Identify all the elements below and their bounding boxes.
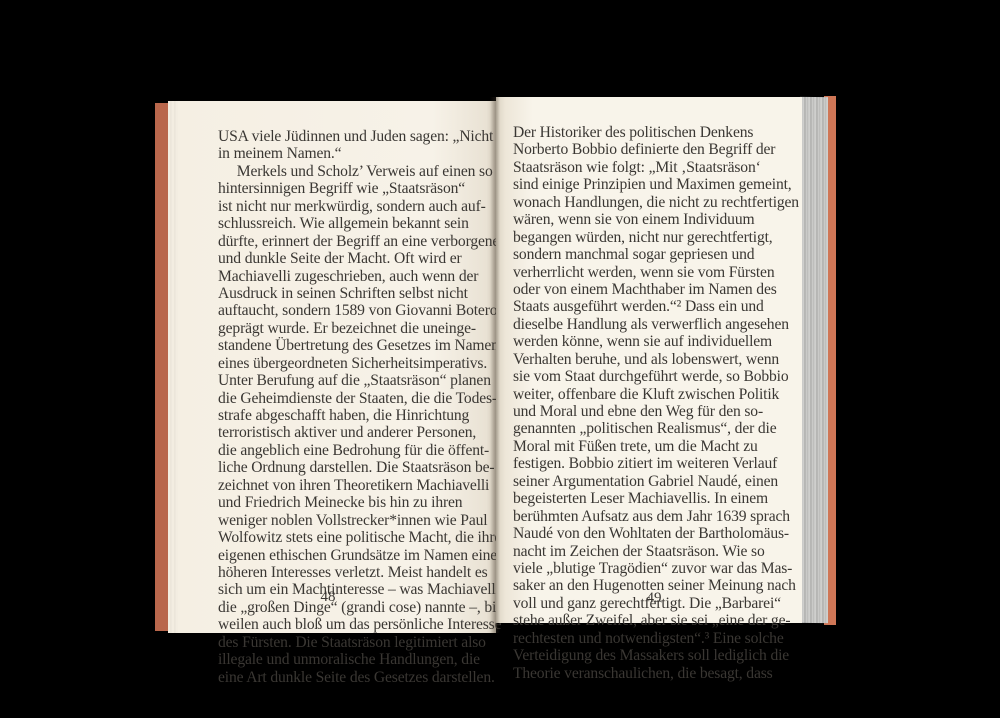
text-line: wonach Handlungen, die nicht zu rechtfer…: [513, 194, 799, 211]
text-line: rechtesten und notwendigsten“.³ Eine sol…: [513, 630, 799, 647]
text-line: weniger noblen Vollstrecker*innen wie Pa…: [218, 512, 507, 529]
text-line: begeisterten Leser Machiavellis. In eine…: [513, 490, 799, 507]
text-line: Staats ausgeführt werden.“² Dass ein und: [513, 298, 799, 315]
text-line: Verhalten beruhe, und als lobenswert, we…: [513, 351, 799, 368]
text-line: werden könne, wenn sie auf individuellem: [513, 333, 799, 350]
left-page-body-text: USA viele Jüdinnen und Juden sagen: „Nic…: [218, 128, 507, 686]
text-line: Unter Berufung auf die „Staatsräson“ pla…: [218, 372, 507, 389]
left-page-number: 48: [308, 589, 348, 606]
text-line: begangen würden, nicht nur gerechtfertig…: [513, 229, 799, 246]
text-line: eines übergeordneten Sicherheitsimperati…: [218, 355, 507, 372]
text-line: strafe abgeschafft haben, die Hinrichtun…: [218, 407, 507, 424]
text-line: zeichnet von ihren Theoretikern Machiave…: [218, 477, 507, 494]
text-line: dieselbe Handlung als verwerflich angese…: [513, 316, 799, 333]
text-line: Ausdruck in seinen Schriften selbst nich…: [218, 285, 507, 302]
text-line: standene Übertretung des Gesetzes im Nam…: [218, 337, 507, 354]
text-line: weiter, offenbare die Kluft zwischen Pol…: [513, 386, 799, 403]
text-line: hintersinnigen Begriff wie „Staatsräson“: [218, 180, 507, 197]
text-line: höheren Interesses verletzt. Meist hande…: [218, 564, 507, 581]
text-line: festigen. Bobbio zitiert im weiteren Ver…: [513, 455, 799, 472]
text-line: in meinem Namen.“: [218, 145, 507, 162]
text-line: weilen auch bloß um das persönliche Inte…: [218, 616, 507, 633]
text-line: viele „blutige Tragödien“ zuvor war das …: [513, 560, 799, 577]
text-line: Theorie veranschaulichen, die besagt, da…: [513, 665, 799, 682]
text-line: genannten „politischen Realismus“, der d…: [513, 420, 799, 437]
text-line: die angeblich eine Bedrohung für die öff…: [218, 442, 507, 459]
text-line: Machiavelli zugeschrieben, auch wenn der: [218, 268, 507, 285]
text-line: Merkels und Scholz’ Verweis auf einen so: [218, 163, 507, 180]
text-line: und dunkle Seite der Macht. Oft wird er: [218, 250, 507, 267]
page-edges-right: [800, 97, 828, 623]
text-line: Der Historiker des politischen Denkens: [513, 124, 799, 141]
text-line: Norberto Bobbio definierte den Begriff d…: [513, 141, 799, 158]
text-line: eigenen ethischen Grundsätze im Namen ei…: [218, 547, 507, 564]
text-line: geprägt wurde. Er bezeichnet die uneinge…: [218, 320, 507, 337]
text-line: berühmten Aufsatz aus dem Jahr 1639 spra…: [513, 508, 799, 525]
text-line: Staatsräson wie folgt: „Mit ‚Staatsräson…: [513, 159, 799, 176]
text-line: Verteidigung des Massakers soll lediglic…: [513, 647, 799, 664]
text-line: illegale und unmoralische Handlungen, di…: [218, 651, 507, 668]
text-line: liche Ordnung darstellen. Die Staatsräso…: [218, 459, 507, 476]
text-line: ist nicht nur merkwürdig, sondern auch a…: [218, 198, 507, 215]
text-line: auftaucht, sondern 1589 von Giovanni Bot…: [218, 302, 507, 319]
text-line: Moral mit Füßen trete, um die Macht zu: [513, 438, 799, 455]
text-line: sind einige Prinzipien und Maximen gemei…: [513, 176, 799, 193]
text-line: die Geheimdienste der Staaten, die die T…: [218, 390, 507, 407]
text-line: sie vom Staat durchgeführt werde, so Bob…: [513, 368, 799, 385]
text-line: die „großen Dinge“ (grandi cose) nannte …: [218, 599, 507, 616]
text-line: und Friedrich Meinecke bis hin zu ihren: [218, 494, 507, 511]
text-line: stehe außer Zweifel, aber sie sei „eine …: [513, 612, 799, 629]
right-page-number: 49: [634, 590, 674, 607]
text-line: seiner Argumentation Gabriel Naudé, eine…: [513, 473, 799, 490]
text-line: Naudé von den Wohltaten der Bartholomäus…: [513, 525, 799, 542]
text-line: nacht im Zeichen der Staatsräson. Wie so: [513, 543, 799, 560]
text-line: schlussreich. Wie allgemein bekannt sein: [218, 215, 507, 232]
text-line: verherrlicht werden, wenn sie vom Fürste…: [513, 264, 799, 281]
text-line: Wolfowitz stets eine politische Macht, d…: [218, 529, 507, 546]
text-line: dürfte, erinnert der Begriff an eine ver…: [218, 233, 507, 250]
text-line: des Fürsten. Die Staatsräson legitimiert…: [218, 634, 507, 651]
text-line: USA viele Jüdinnen und Juden sagen: „Nic…: [218, 128, 507, 145]
book-gutter: [490, 97, 500, 633]
text-line: und Moral und ebne den Weg für den so-: [513, 403, 799, 420]
text-line: sondern manchmal sogar gepriesen und: [513, 246, 799, 263]
text-line: wären, wenn sie von einem Individuum: [513, 211, 799, 228]
left-page: USA viele Jüdinnen und Juden sagen: „Nic…: [178, 101, 496, 633]
text-line: terroristisch aktiver und anderer Person…: [218, 424, 507, 441]
text-line: oder von einem Machthaber im Namen des: [513, 281, 799, 298]
text-line: eine Art dunkle Seite des Gesetzes darst…: [218, 669, 507, 686]
text-line: sich um ein Machtinteresse – was Machiav…: [218, 581, 507, 598]
right-page: Der Historiker des politischen DenkensNo…: [496, 97, 802, 623]
